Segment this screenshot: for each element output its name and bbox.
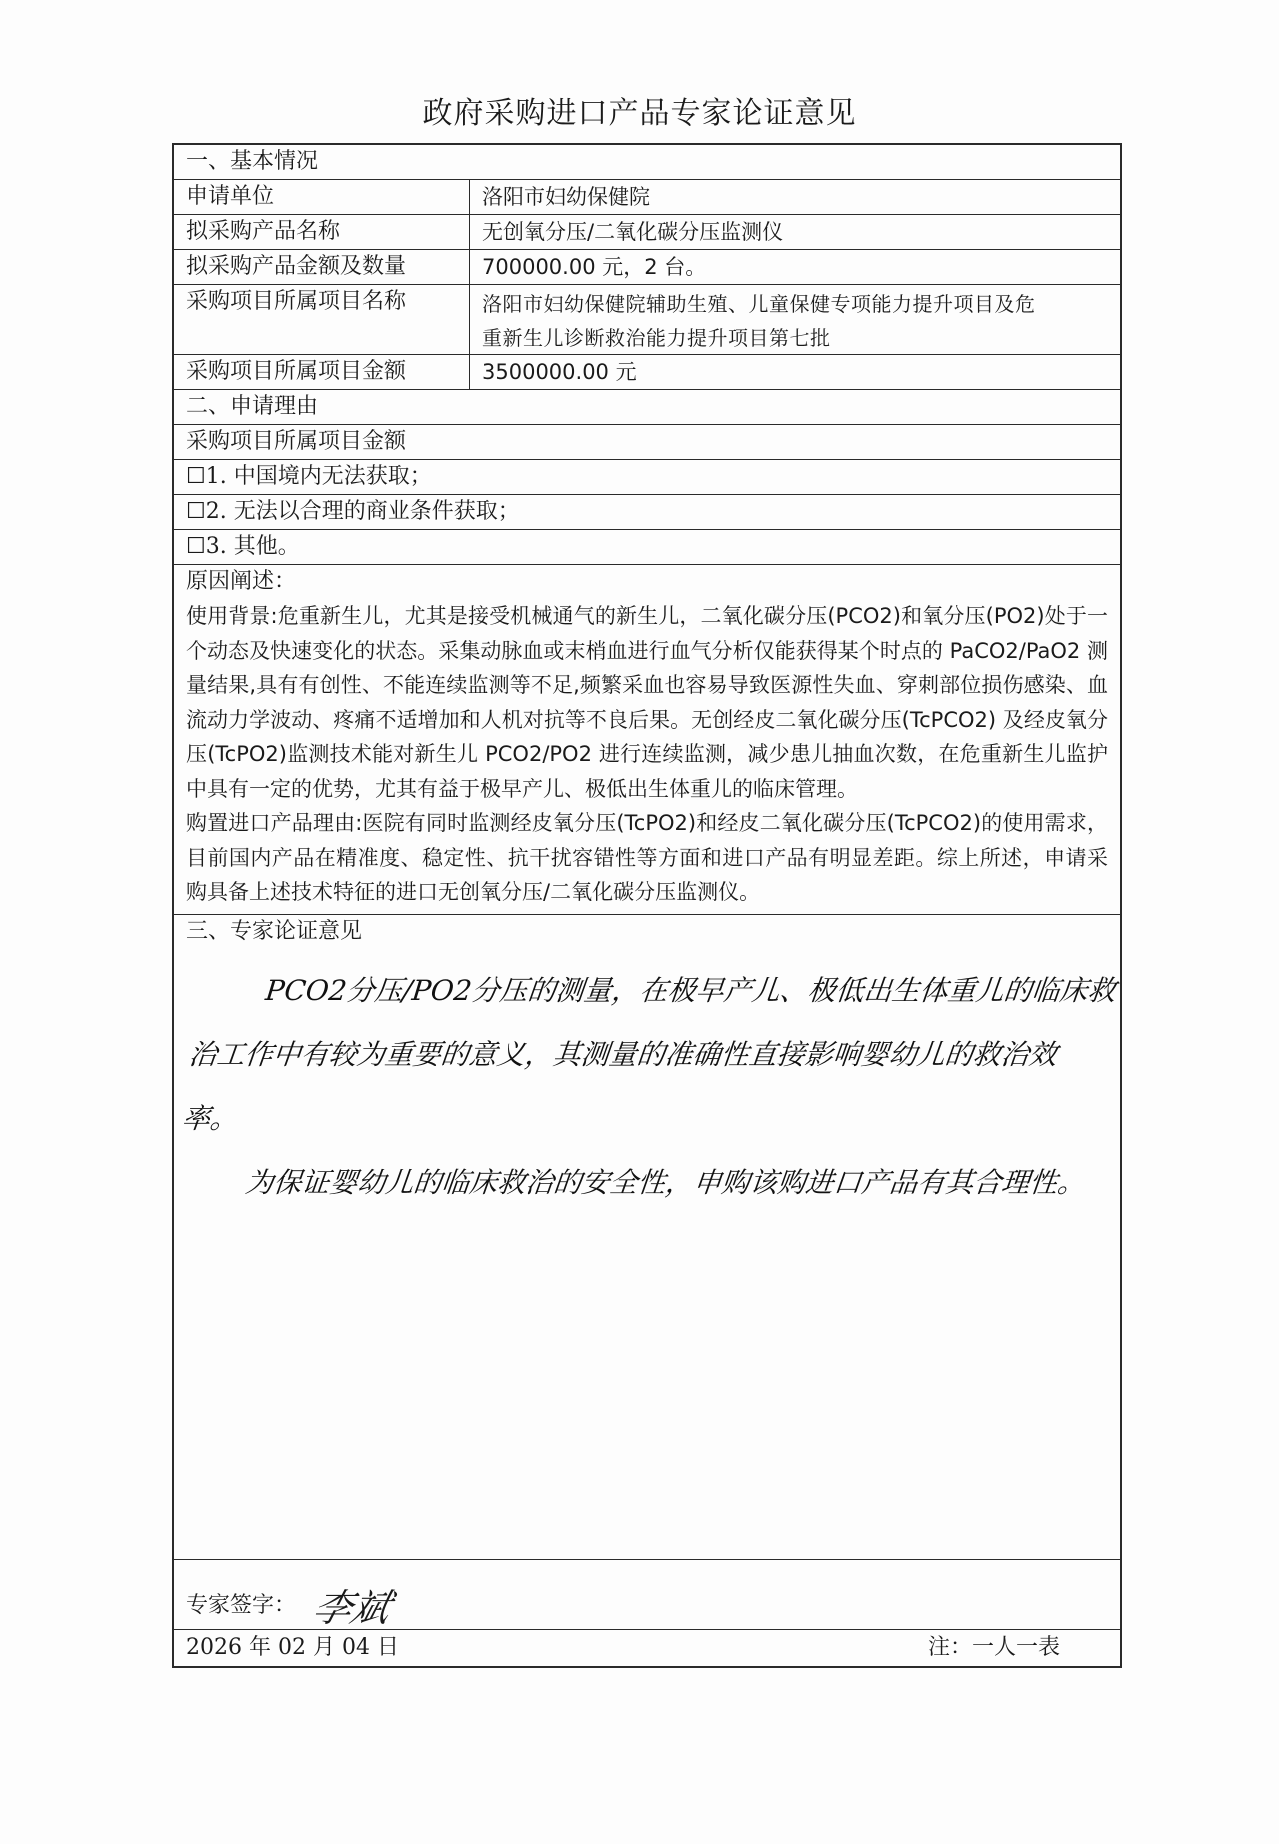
handwritten-paragraph-1: PCO2分压/PO2分压的测量，在极早产儿、极低出生体重儿的临床救治工作中有较为… bbox=[179, 959, 1121, 1151]
signature-row: 专家签字： 李斌 bbox=[174, 1559, 1120, 1629]
project-amount-value: 3500000.00 元 bbox=[470, 355, 1120, 389]
option-2-label: 2. 无法以合理的商业条件获取； bbox=[206, 499, 520, 524]
applicant-value: 洛阳市妇幼保健院 bbox=[470, 180, 1120, 214]
option-row-3: ☐3. 其他。 bbox=[174, 529, 1120, 564]
product-name-label: 拟采购产品名称 bbox=[174, 215, 470, 249]
product-name-value: 无创氧分压/二氧化碳分压监测仪 bbox=[470, 215, 1120, 249]
reason-import-paragraph: 购置进口产品理由:医院有同时监测经皮氧分压(TcPO2)和经皮二氧化碳分压(Tc… bbox=[174, 806, 1120, 914]
reason-row: 原因阐述： 使用背景:危重新生儿，尤其是接受机械通气的新生儿，二氧化碳分压(PC… bbox=[174, 564, 1120, 914]
handwritten-paragraph-2: 为保证婴幼儿的临床救治的安全性，申购该购进口产品有其合理性。 bbox=[172, 1151, 1101, 1215]
project-amount-label: 采购项目所属项目金额 bbox=[174, 355, 470, 389]
section3-heading-row: 三、专家论证意见 PCO2分压/PO2分压的测量，在极早产儿、极低出生体重儿的临… bbox=[174, 914, 1120, 1559]
section2-heading: 二、申请理由 bbox=[174, 390, 1120, 424]
applicant-label: 申请单位 bbox=[174, 180, 470, 214]
expert-opinion-area: PCO2分压/PO2分压的测量，在极早产儿、极低出生体重儿的临床救治工作中有较为… bbox=[174, 949, 1120, 1559]
option-row-2: ☐2. 无法以合理的商业条件获取； bbox=[174, 494, 1120, 529]
expert-opinion-form: 一、基本情况 申请单位 洛阳市妇幼保健院 拟采购产品名称 无创氧分压/二氧化碳分… bbox=[172, 143, 1122, 1668]
section2-heading-row: 二、申请理由 bbox=[174, 389, 1120, 424]
footer-note: 注：一人一表 bbox=[916, 1630, 1120, 1666]
project-name-value: 洛阳市妇幼保健院辅助生殖、儿童保健专项能力提升项目及危 重新生儿诊断救治能力提升… bbox=[470, 285, 1120, 354]
project-name-line1: 洛阳市妇幼保健院辅助生殖、儿童保健专项能力提升项目及危 bbox=[482, 287, 1108, 321]
checkbox-option-3[interactable]: ☐ bbox=[186, 534, 206, 559]
footer-row: 2026 年 02 月 04 日 注：一人一表 bbox=[174, 1629, 1120, 1666]
project-name-line2: 重新生儿诊断救治能力提升项目第七批 bbox=[482, 321, 1108, 355]
checkbox-option-2[interactable]: ☐ bbox=[186, 499, 206, 524]
project-amount-row: 采购项目所属项目金额 3500000.00 元 bbox=[174, 354, 1120, 389]
section1-heading-row: 一、基本情况 bbox=[174, 145, 1120, 179]
reason-background-paragraph: 使用背景:危重新生儿，尤其是接受机械通气的新生儿，二氧化碳分压(PCO2)和氧分… bbox=[174, 599, 1120, 806]
document-title: 政府采购进口产品专家论证意见 bbox=[0, 88, 1279, 132]
reason-label: 原因阐述： bbox=[174, 565, 1120, 599]
option-1-label: 1. 中国境内无法获取； bbox=[206, 464, 432, 489]
option-row-1: ☐1. 中国境内无法获取； bbox=[174, 459, 1120, 494]
date: 2026 年 02 月 04 日 bbox=[174, 1630, 411, 1666]
project-name-row: 采购项目所属项目名称 洛阳市妇幼保健院辅助生殖、儿童保健专项能力提升项目及危 重… bbox=[174, 284, 1120, 354]
expert-signature: 李斌 bbox=[309, 1591, 394, 1625]
option-3-label: 3. 其他。 bbox=[206, 534, 300, 559]
section2-subheading: 采购项目所属项目金额 bbox=[174, 425, 1120, 459]
project-name-label: 采购项目所属项目名称 bbox=[174, 285, 470, 354]
amount-quantity-row: 拟采购产品金额及数量 700000.00 元，2 台。 bbox=[174, 249, 1120, 284]
applicant-row: 申请单位 洛阳市妇幼保健院 bbox=[174, 179, 1120, 214]
section3-heading: 三、专家论证意见 bbox=[174, 915, 1120, 949]
amount-quantity-label: 拟采购产品金额及数量 bbox=[174, 250, 470, 284]
signature-label: 专家签字： bbox=[186, 1589, 296, 1623]
handwritten-opinion: PCO2分压/PO2分压的测量，在极早产儿、极低出生体重儿的临床救治工作中有较为… bbox=[160, 949, 1134, 1215]
section2-subheading-row: 采购项目所属项目金额 bbox=[174, 424, 1120, 459]
product-name-row: 拟采购产品名称 无创氧分压/二氧化碳分压监测仪 bbox=[174, 214, 1120, 249]
amount-quantity-value: 700000.00 元，2 台。 bbox=[470, 250, 1120, 284]
checkbox-option-1[interactable]: ☐ bbox=[186, 464, 206, 489]
section1-heading: 一、基本情况 bbox=[174, 145, 1120, 179]
